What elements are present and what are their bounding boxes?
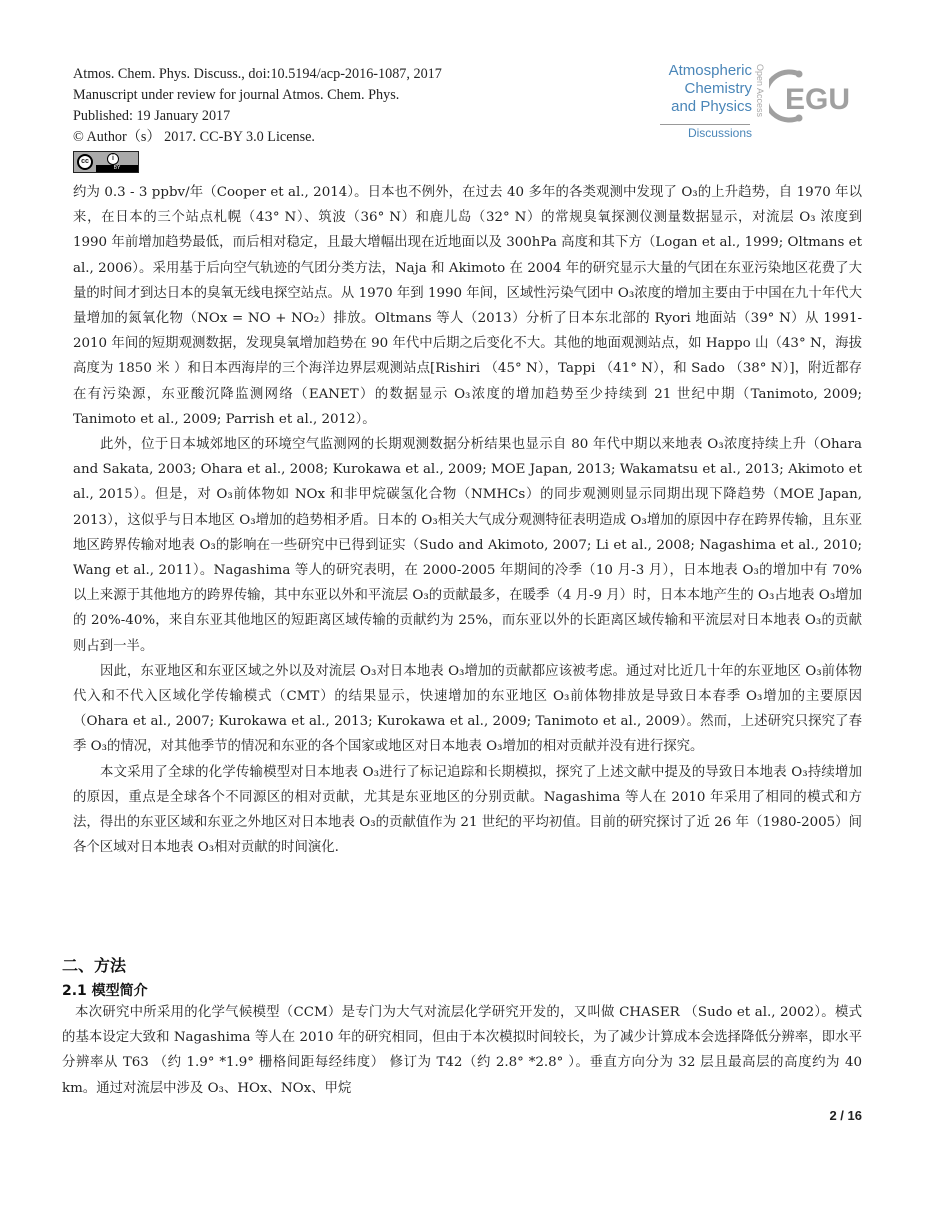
paragraph-1: 约为 0.3 - 3 ppbv/年（Cooper et al., 2014）。日… <box>73 180 862 432</box>
published-date-line: Published: 19 January 2017 <box>73 106 442 127</box>
journal-header: Atmos. Chem. Phys. Discuss., doi:10.5194… <box>73 64 442 173</box>
journal-name: Atmospheric Chemistry and Physics <box>669 62 752 116</box>
paragraph-3: 因此，东亚地区和东亚区域之外以及对流层 O₃对日本地表 O₃增加的贡献都应该被考… <box>73 659 862 760</box>
methods-text: 本次研究中所采用的化学气候模型（CCM）是专门为大气对流层化学研究开发的，又叫做… <box>62 1000 862 1101</box>
citation-line: Atmos. Chem. Phys. Discuss., doi:10.5194… <box>73 64 442 85</box>
page-number: 2 / 16 <box>829 1108 862 1123</box>
logo-line-3: and Physics <box>669 98 752 116</box>
attribution-person-icon: i <box>107 153 119 165</box>
cc-by-license-badge[interactable]: cc i BY <box>73 151 139 173</box>
by-label: BY <box>96 165 138 172</box>
open-access-label: Open Access <box>755 64 765 117</box>
svg-text:EGU: EGU <box>785 83 850 116</box>
paragraph-2: 此外，位于日本城郊地区的环境空气监测网的长期观测数据分析结果也显示自 80 年代… <box>73 432 862 659</box>
copyright-line: © Author（s） 2017. CC-BY 3.0 License. <box>73 127 442 148</box>
paragraph-4: 本文采用了全球的化学传输模型对日本地表 O₃进行了标记追踪和长期模拟，探究了上述… <box>73 760 862 861</box>
methods-paragraph: 本次研究中所采用的化学气候模型（CCM）是专门为大气对流层化学研究开发的，又叫做… <box>62 1000 862 1101</box>
egu-logo-icon: EGU <box>769 68 853 124</box>
body-text: 约为 0.3 - 3 ppbv/年（Cooper et al., 2014）。日… <box>73 180 862 860</box>
logo-divider <box>660 124 750 125</box>
section-heading: 二、方法 <box>62 953 126 976</box>
review-status-line: Manuscript under review for journal Atmo… <box>73 85 442 106</box>
creative-commons-icon: cc <box>77 154 93 170</box>
logo-subtitle: Discussions <box>688 126 752 140</box>
logo-line-1: Atmospheric <box>669 62 752 80</box>
subsection-heading: 2.1 模型简介 <box>62 980 148 1000</box>
logo-line-2: Chemistry <box>669 80 752 98</box>
journal-logo: Atmospheric Chemistry and Physics Discus… <box>655 62 865 147</box>
